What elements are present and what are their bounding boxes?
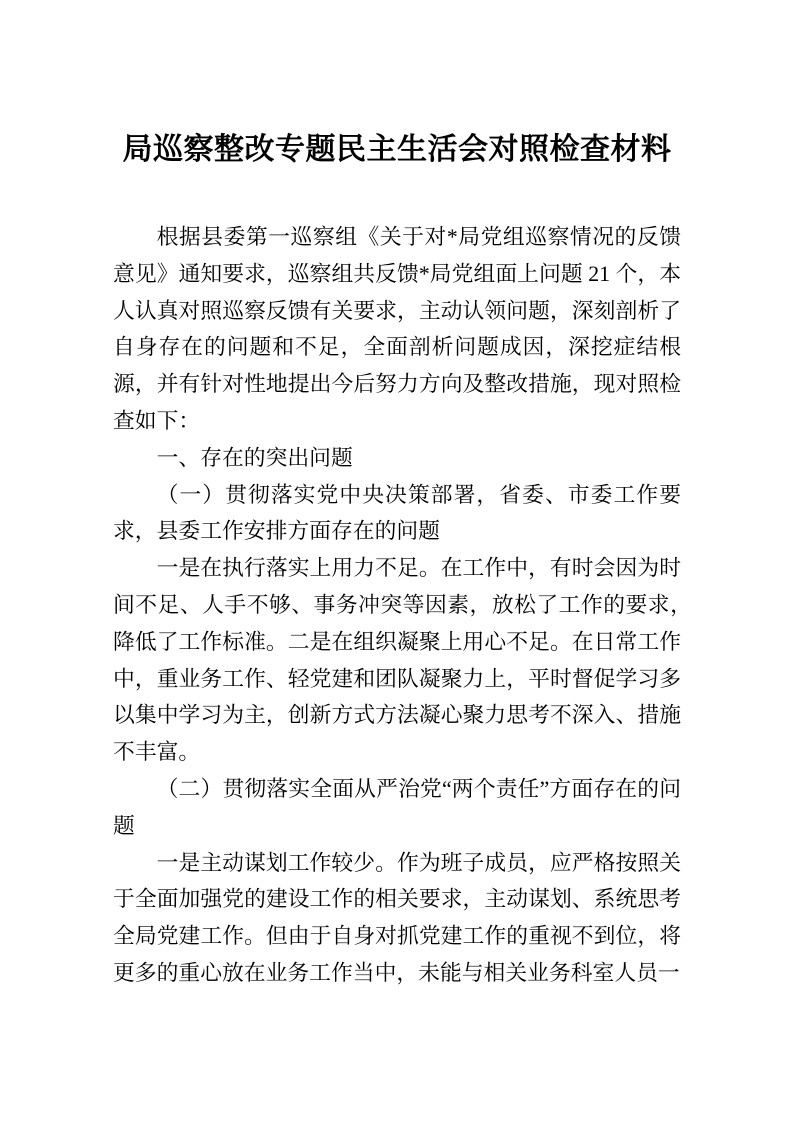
document-body: 根据县委第一巡察组《关于对*局党组巡察情况的反馈意见》通知要求，巡察组共反馈*局… (113, 219, 681, 992)
document-page: 局巡察整改专题民主生活会对照检查材料 根据县委第一巡察组《关于对*局党组巡察情况… (0, 0, 794, 1122)
body-paragraph-intro: 根据县委第一巡察组《关于对*局党组巡察情况的反馈意见》通知要求，巡察组共反馈*局… (113, 219, 681, 440)
document-title: 局巡察整改专题民主生活会对照检查材料 (113, 128, 681, 172)
body-paragraph-problems-2: 一是主动谋划工作较少。作为班子成员，应严格按照关于全面加强党的建设工作的相关要求… (113, 845, 681, 992)
subsection-heading-1-1: （一）贯彻落实党中央决策部署，省委、市委工作要求，县委工作安排方面存在的问题 (113, 477, 681, 551)
subsection-heading-1-2: （二）贯彻落实全面从严治党“两个责任”方面存在的问题 (113, 771, 681, 845)
section-heading-1: 一、存在的突出问题 (113, 440, 681, 477)
body-paragraph-problems-1: 一是在执行落实上用力不足。在工作中，有时会因为时间不足、人手不够、事务冲突等因素… (113, 550, 681, 771)
